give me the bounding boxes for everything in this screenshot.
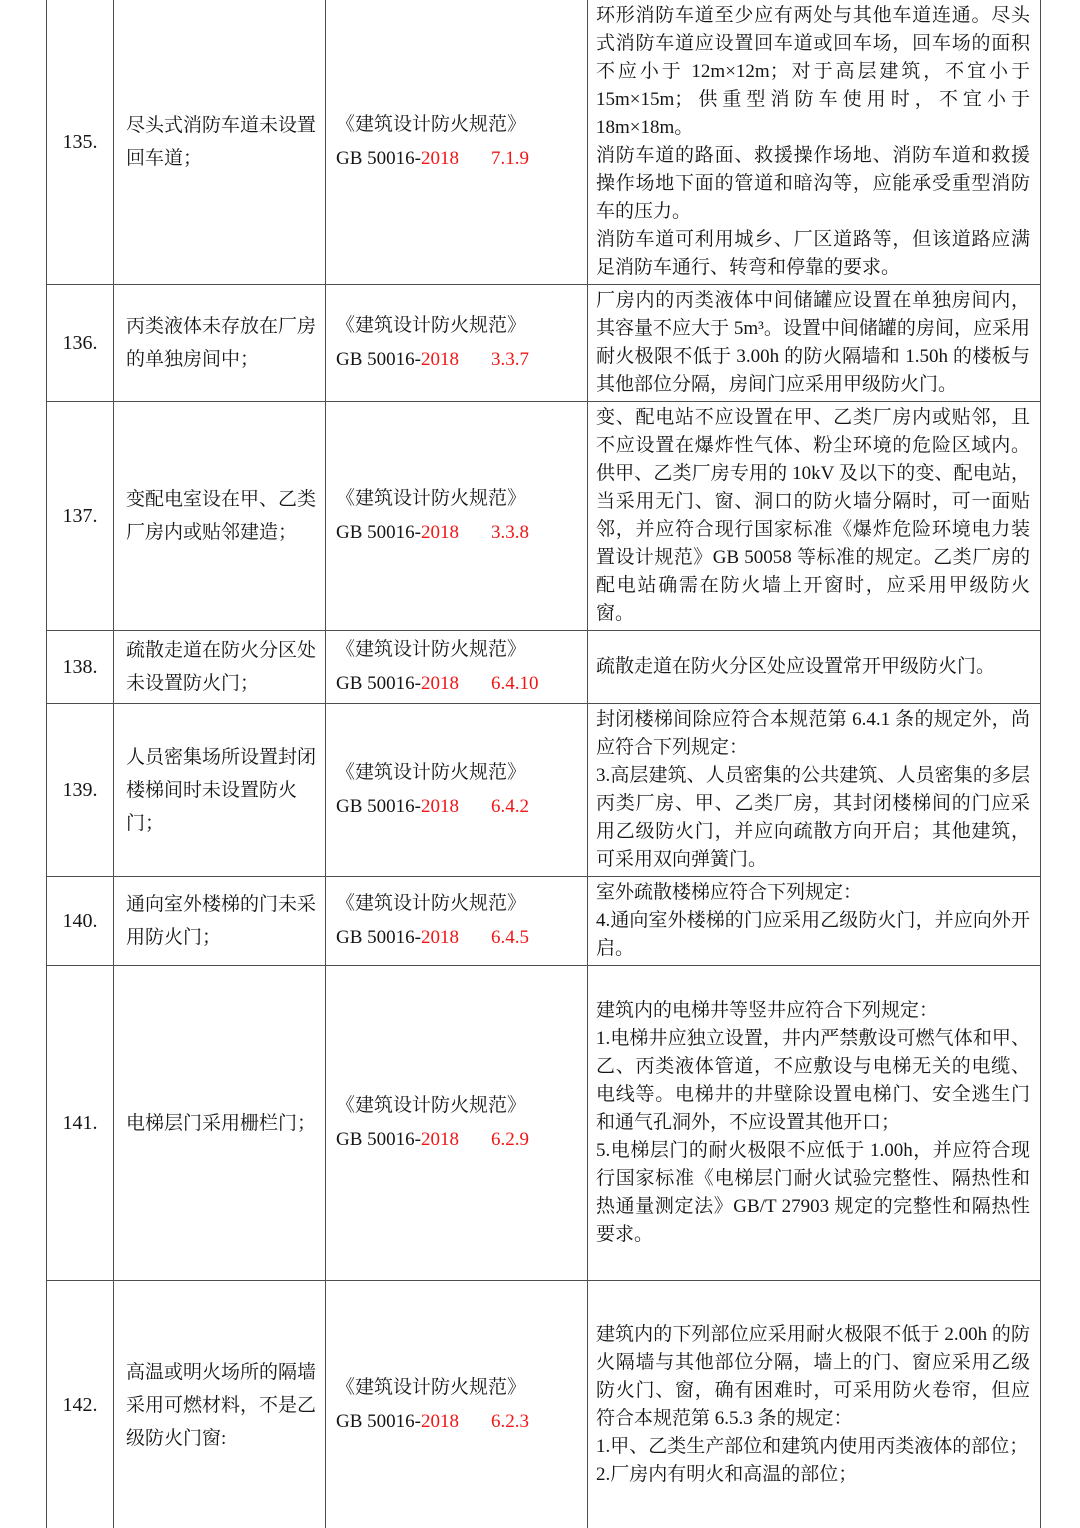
reference-cell: 《建筑设计防火规范》 GB 50016-20186.4.2: [326, 704, 588, 877]
regulation-title: 《建筑设计防火规范》: [336, 482, 583, 516]
code-year: 2018: [421, 522, 459, 543]
code-section: 6.2.3: [491, 1411, 529, 1432]
detail-paragraph: 变、配电站不应设置在甲、乙类厂房内或贴邻，且不应设置在爆炸性气体、粉尘环境的危险…: [596, 404, 1030, 628]
code-section: 3.3.7: [491, 349, 529, 370]
regulation-title: 《建筑设计防火规范》: [336, 756, 583, 790]
table-row: 135. 尽头式消防车道未设置回车道； 《建筑设计防火规范》 GB 50016-…: [47, 0, 1041, 285]
code-section: 6.4.10: [491, 673, 539, 694]
detail-paragraph: 消防车道的路面、救援操作场地、消防车道和救援操作场地下面的管道和暗沟等，应能承受…: [596, 142, 1030, 226]
regulation-code: GB 50016-20186.2.9: [336, 1123, 583, 1157]
issue-cell: 尽头式消防车道未设置回车道；: [114, 0, 326, 285]
detail-cell: ↵ 环形消防车道至少应有两处与其他车道连通。尽头式消防车道应设置回车道或回车场，…: [588, 0, 1041, 285]
reference-cell: 《建筑设计防火规范》 GB 50016-20186.2.3: [326, 1281, 588, 1528]
code-prefix: GB 50016-: [336, 796, 421, 817]
detail-cell: ↵ 疏散走道在防火分区处应设置常开甲级防火门。: [588, 631, 1041, 704]
regulation-title: 《建筑设计防火规范》: [336, 1089, 583, 1123]
regulation-title: 《建筑设计防火规范》: [336, 633, 583, 667]
detail-paragraph: 3.高层建筑、人员密集的公共建筑、人员密集的多层丙类厂房、甲、乙类厂房，其封闭楼…: [596, 762, 1030, 874]
table-row: 140. 通向室外楼梯的门未采用防火门； 《建筑设计防火规范》 GB 50016…: [47, 877, 1041, 966]
code-prefix: GB 50016-: [336, 673, 421, 694]
issue-cell: 通向室外楼梯的门未采用防火门；: [114, 877, 326, 966]
detail-paragraph: 环形消防车道至少应有两处与其他车道连通。尽头式消防车道应设置回车道或回车场，回车…: [596, 2, 1030, 142]
detail-paragraph: 疏散走道在防火分区处应设置常开甲级防火门。: [596, 653, 1030, 681]
detail-paragraph: 建筑内的下列部位应采用耐火极限不低于 2.00h 的防火隔墙与其他部位分隔，墙上…: [596, 1321, 1030, 1433]
code-year: 2018: [421, 349, 459, 370]
detail-cell: ↵ 室外疏散楼梯应符合下列规定： 4.通向室外楼梯的门应采用乙级防火门，并应向外…: [588, 877, 1041, 966]
code-year: 2018: [421, 927, 459, 948]
reference-cell: 《建筑设计防火规范》 GB 50016-20183.3.8: [326, 402, 588, 631]
row-number: 142.: [47, 1281, 114, 1528]
regulation-title: 《建筑设计防火规范》: [336, 1371, 583, 1405]
detail-paragraph: 消防车道可利用城乡、厂区道路等，但该道路应满足消防车通行、转弯和停靠的要求。: [596, 226, 1030, 282]
code-section: 6.2.9: [491, 1129, 529, 1150]
regulation-title: 《建筑设计防火规范》: [336, 887, 583, 921]
code-prefix: GB 50016-: [336, 1129, 421, 1150]
code-prefix: GB 50016-: [336, 1411, 421, 1432]
code-section: 7.1.9: [491, 148, 529, 169]
row-number: 141.: [47, 966, 114, 1281]
issue-cell: 变配电室设在甲、乙类厂房内或贴邻建造；: [114, 402, 326, 631]
row-number: 139.: [47, 704, 114, 877]
code-prefix: GB 50016-: [336, 927, 421, 948]
detail-paragraph: 1.电梯井应独立设置，井内严禁敷设可燃气体和甲、乙、丙类液体管道，不应敷设与电梯…: [596, 1025, 1030, 1137]
issue-cell: 高温或明火场所的隔墙采用可燃材料，不是乙级防火门窗:: [114, 1281, 326, 1528]
detail-cell: ↵ 封闭楼梯间除应符合本规范第 6.4.1 条的规定外，尚应符合下列规定： 3.…: [588, 704, 1041, 877]
reference-cell: 《建筑设计防火规范》 GB 50016-20186.4.10: [326, 631, 588, 704]
code-prefix: GB 50016-: [336, 148, 421, 169]
regulation-code: GB 50016-20187.1.9: [336, 142, 583, 176]
document-page: 135. 尽头式消防车道未设置回车道； 《建筑设计防火规范》 GB 50016-…: [0, 0, 1080, 1528]
regulation-code: GB 50016-20183.3.7: [336, 343, 583, 377]
code-prefix: GB 50016-: [336, 349, 421, 370]
code-year: 2018: [421, 796, 459, 817]
detail-cell: ↵ 建筑内的下列部位应采用耐火极限不低于 2.00h 的防火隔墙与其他部位分隔，…: [588, 1281, 1041, 1528]
code-prefix: GB 50016-: [336, 522, 421, 543]
reference-cell: 《建筑设计防火规范》 GB 50016-20186.2.9: [326, 966, 588, 1281]
code-section: 6.4.2: [491, 796, 529, 817]
regulation-code: GB 50016-20186.4.5: [336, 921, 583, 955]
detail-paragraph: 2.厂房内有明火和高温的部位；: [596, 1461, 1030, 1489]
issue-cell: 疏散走道在防火分区处未设置防火门；: [114, 631, 326, 704]
table-row: 138. 疏散走道在防火分区处未设置防火门； 《建筑设计防火规范》 GB 500…: [47, 631, 1041, 704]
table-row: 139. 人员密集场所设置封闭楼梯间时未设置防火门； 《建筑设计防火规范》 GB…: [47, 704, 1041, 877]
code-year: 2018: [421, 1411, 459, 1432]
table-row: 137. 变配电室设在甲、乙类厂房内或贴邻建造； 《建筑设计防火规范》 GB 5…: [47, 402, 1041, 631]
regulations-table: 135. 尽头式消防车道未设置回车道； 《建筑设计防火规范》 GB 50016-…: [46, 0, 1041, 1528]
detail-paragraph: 室外疏散楼梯应符合下列规定：: [596, 879, 1030, 907]
detail-cell: ↵ 建筑内的电梯井等竖井应符合下列规定： 1.电梯井应独立设置，井内严禁敷设可燃…: [588, 966, 1041, 1281]
detail-cell: ↵ 变、配电站不应设置在甲、乙类厂房内或贴邻，且不应设置在爆炸性气体、粉尘环境的…: [588, 402, 1041, 631]
row-number: 138.: [47, 631, 114, 704]
code-year: 2018: [421, 148, 459, 169]
code-year: 2018: [421, 1129, 459, 1150]
regulation-code: GB 50016-20183.3.8: [336, 516, 583, 550]
detail-paragraph: 厂房内的丙类液体中间储罐应设置在单独房间内，其容量不应大于 5m³。设置中间储罐…: [596, 287, 1030, 399]
regulation-code: GB 50016-20186.2.3: [336, 1405, 583, 1439]
row-number: 140.: [47, 877, 114, 966]
row-number: 135.: [47, 0, 114, 285]
row-number: 136.: [47, 285, 114, 402]
reference-cell: 《建筑设计防火规范》 GB 50016-20187.1.9: [326, 0, 588, 285]
table-row: 136. 丙类液体未存放在厂房的单独房间中； 《建筑设计防火规范》 GB 500…: [47, 285, 1041, 402]
issue-cell: 人员密集场所设置封闭楼梯间时未设置防火门；: [114, 704, 326, 877]
reference-cell: 《建筑设计防火规范》 GB 50016-20183.3.7: [326, 285, 588, 402]
detail-paragraph: 建筑内的电梯井等竖井应符合下列规定：: [596, 997, 1030, 1025]
regulation-code: GB 50016-20186.4.2: [336, 790, 583, 824]
code-section: 3.3.8: [491, 522, 529, 543]
table-row: 142. 高温或明火场所的隔墙采用可燃材料，不是乙级防火门窗: 《建筑设计防火规…: [47, 1281, 1041, 1528]
code-year: 2018: [421, 673, 459, 694]
detail-paragraph: 1.甲、乙类生产部位和建筑内使用丙类液体的部位；: [596, 1433, 1030, 1461]
table-row: 141. 电梯层门采用栅栏门； 《建筑设计防火规范》 GB 50016-2018…: [47, 966, 1041, 1281]
detail-paragraph: 4.通向室外楼梯的门应采用乙级防火门，并应向外开启。: [596, 907, 1030, 963]
detail-cell: ↵ 厂房内的丙类液体中间储罐应设置在单独房间内，其容量不应大于 5m³。设置中间…: [588, 285, 1041, 402]
regulation-title: 《建筑设计防火规范》: [336, 108, 583, 142]
reference-cell: 《建筑设计防火规范》 GB 50016-20186.4.5: [326, 877, 588, 966]
issue-cell: 丙类液体未存放在厂房的单独房间中；: [114, 285, 326, 402]
detail-paragraph: 5.电梯层门的耐火极限不应低于 1.00h，并应符合现行国家标准《电梯层门耐火试…: [596, 1137, 1030, 1249]
row-number: 137.: [47, 402, 114, 631]
issue-cell: 电梯层门采用栅栏门；: [114, 966, 326, 1281]
detail-paragraph: 封闭楼梯间除应符合本规范第 6.4.1 条的规定外，尚应符合下列规定：: [596, 706, 1030, 762]
code-section: 6.4.5: [491, 927, 529, 948]
regulation-code: GB 50016-20186.4.10: [336, 667, 583, 701]
regulation-title: 《建筑设计防火规范》: [336, 309, 583, 343]
